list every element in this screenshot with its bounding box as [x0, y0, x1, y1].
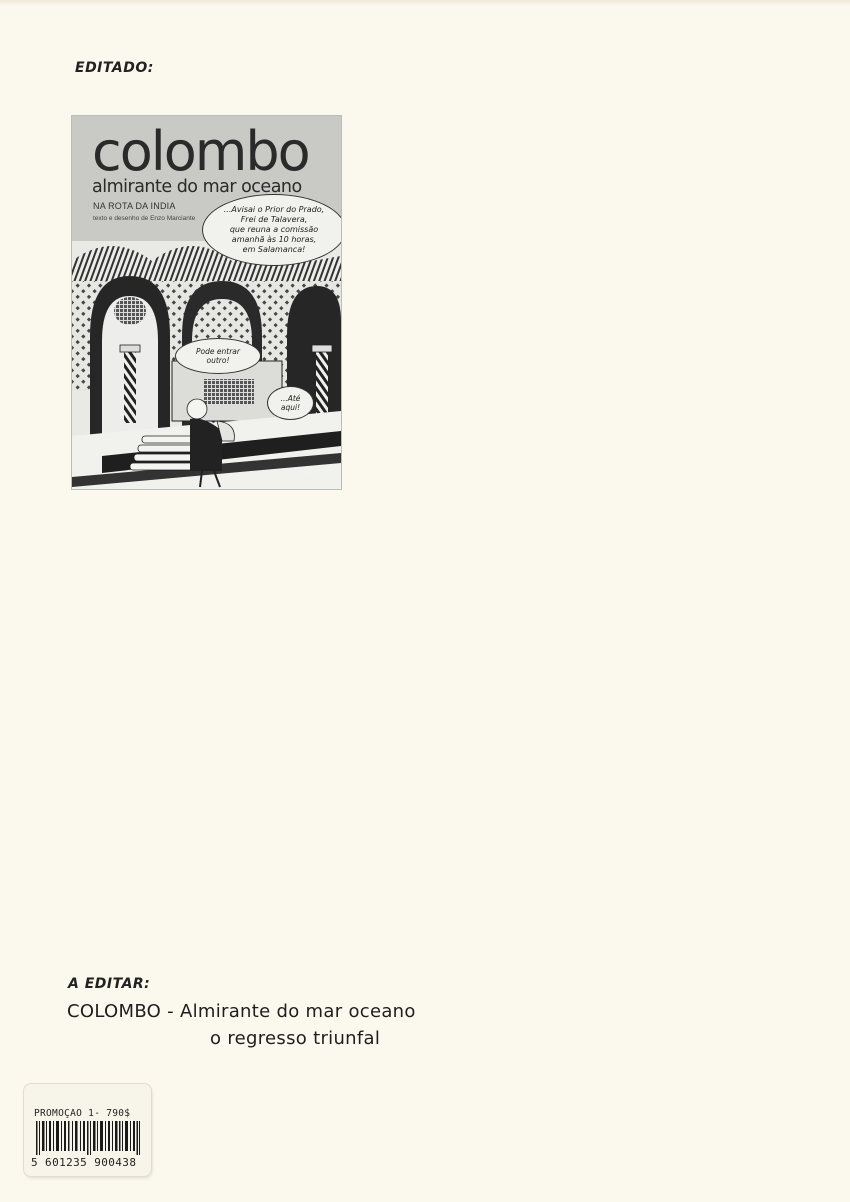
bubble-line: ...Avisai o Prior do Prado,: [224, 205, 324, 215]
bubble-line: em Salamanca!: [243, 245, 306, 255]
bubble-line: que reuna a comissão: [230, 225, 318, 235]
publisher-logo-icon: m: [298, 463, 311, 479]
upcoming-title-line-1: COLOMBO - Almirante do mar oceano: [67, 1001, 416, 1022]
bubble-line: amanhã às 10 horas,: [232, 235, 316, 245]
page-top-edge: [0, 0, 850, 6]
speech-bubble-2: Pode entrar outro!: [175, 338, 261, 374]
cover-credits: texto e desenho de Enzo Marciante: [93, 215, 195, 222]
upcoming-heading: A EDITAR:: [68, 976, 150, 992]
bubble-line: Frei de Talavera,: [241, 215, 308, 225]
book-cover-image: colombo almirante do mar oceano NA ROTA …: [72, 116, 341, 489]
cover-title: colombo: [92, 122, 309, 182]
barcode-icon: [36, 1121, 140, 1155]
cover-series: NA ROTA DA INDIA: [93, 201, 176, 211]
price-label: PROMOÇAO 1- 790$: [34, 1108, 130, 1119]
barcode-number: 5 601235 900438: [31, 1156, 136, 1169]
upcoming-title-line-2: o regresso triunfal: [210, 1028, 380, 1049]
speech-bubble-1: ...Avisai o Prior do Prado, Frei de Tala…: [202, 194, 341, 266]
bubble-line: Pode entrar: [196, 347, 240, 356]
price-sticker: PROMOÇAO 1- 790$ 5 601235 900438: [24, 1084, 151, 1176]
speech-bubble-3: ...Até aqui!: [267, 386, 314, 420]
bubble-line: ...Até: [281, 394, 301, 403]
bubble-line: aqui!: [281, 403, 300, 412]
published-heading: EDITADO:: [75, 60, 154, 76]
bubble-line: outro!: [207, 356, 230, 365]
